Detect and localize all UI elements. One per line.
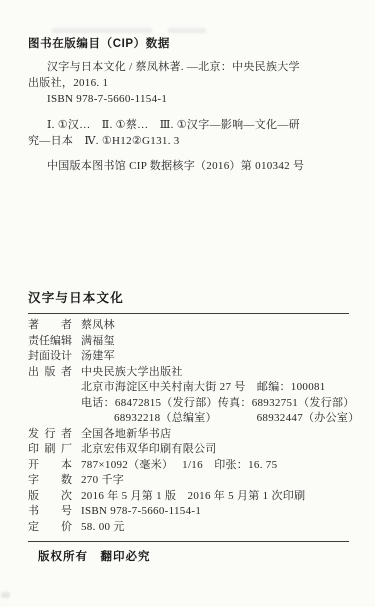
cip-classification-line1: Ⅰ. ①汉… Ⅱ. ①蔡… Ⅲ. ①汉字—影响—文化—研 bbox=[28, 117, 351, 133]
row-label: 印刷厂 bbox=[28, 442, 72, 458]
copyright-notice: 版权所有 翻印必究 bbox=[28, 542, 349, 564]
cip-isbn: ISBN 978-7-5660-1154-1 bbox=[28, 91, 351, 107]
colophon-row-word-count: 字数 270 千字 bbox=[28, 473, 349, 489]
publisher-phone-line2: 68932218（总编室） 68932447（办公室） bbox=[81, 411, 360, 427]
colophon-row-edition: 版次 2016 年 5 月第 1 版 2016 年 5 月第 1 次印刷 bbox=[28, 489, 349, 505]
book-copyright-page: 图书在版编目（CIP）数据 汉字与日本文化 / 蔡凤林著. —北京：中央民族大学… bbox=[0, 0, 375, 607]
scan-artifact bbox=[168, 28, 206, 33]
colophon-section: 汉字与日本文化 著者 蔡凤林 责任编辑 满福玺 封面设计 汤建军 出版者 中央民… bbox=[28, 288, 349, 564]
cip-classification-line2: 究—日本 Ⅳ. ①H12②G131. 3 bbox=[28, 133, 351, 149]
cip-title-line2: 出版社，2016. 1 bbox=[28, 75, 351, 91]
row-value: 蔡凤林 bbox=[81, 318, 349, 334]
colophon-row-printer: 印刷厂 北京宏伟双华印刷有限公司 bbox=[28, 442, 349, 458]
colophon-rows: 著者 蔡凤林 责任编辑 满福玺 封面设计 汤建军 出版者 中央民族大学出版社 北… bbox=[28, 318, 349, 535]
colophon-row-editor: 责任编辑 满福玺 bbox=[28, 334, 349, 350]
row-label: 著者 bbox=[28, 318, 72, 334]
row-label: 发行者 bbox=[28, 427, 72, 443]
colophon-row-isbn: 书号 ISBN 978-7-5660-1154-1 bbox=[28, 504, 349, 520]
row-value: 787×1092（毫米） 1/16 印张：16. 75 bbox=[81, 458, 349, 474]
row-label: 责任编辑 bbox=[28, 334, 72, 350]
cip-heading: 图书在版编目（CIP）数据 bbox=[28, 36, 351, 52]
colophon-row-distributor: 发行者 全国各地新华书店 bbox=[28, 427, 349, 443]
row-label: 开本 bbox=[28, 458, 72, 474]
colophon-row-format: 开本 787×1092（毫米） 1/16 印张：16. 75 bbox=[28, 458, 349, 474]
book-title: 汉字与日本文化 bbox=[28, 288, 349, 314]
colophon-row-cover-design: 封面设计 汤建军 bbox=[28, 349, 349, 365]
row-value: 2016 年 5 月第 1 版 2016 年 5 月第 1 次印刷 bbox=[81, 489, 349, 505]
scan-artifact bbox=[52, 28, 152, 33]
scan-artifact bbox=[1, 592, 10, 598]
publisher-address: 北京市海淀区中关村南大街 27 号 邮编：100081 bbox=[81, 380, 360, 396]
row-label: 字数 bbox=[28, 473, 72, 489]
row-label: 出版者 bbox=[28, 365, 72, 427]
row-value: 270 千字 bbox=[81, 473, 349, 489]
row-value: ISBN 978-7-5660-1154-1 bbox=[81, 504, 349, 520]
row-label: 版次 bbox=[28, 489, 72, 505]
row-value: 58. 00 元 bbox=[81, 520, 349, 536]
row-value: 中央民族大学出版社 北京市海淀区中关村南大街 27 号 邮编：100081 电话… bbox=[81, 365, 360, 427]
row-value: 北京宏伟双华印刷有限公司 bbox=[81, 442, 349, 458]
cip-record-number: 中国版本图书馆 CIP 数据核字（2016）第 010342 号 bbox=[28, 158, 351, 174]
colophon-row-author: 著者 蔡凤林 bbox=[28, 318, 349, 334]
row-label: 定价 bbox=[28, 520, 72, 536]
row-value: 全国各地新华书店 bbox=[81, 427, 349, 443]
cip-section: 图书在版编目（CIP）数据 汉字与日本文化 / 蔡凤林著. —北京：中央民族大学… bbox=[28, 36, 351, 174]
cip-title-line1: 汉字与日本文化 / 蔡凤林著. —北京：中央民族大学 bbox=[28, 59, 351, 75]
publisher-name: 中央民族大学出版社 bbox=[81, 365, 360, 381]
row-label: 书号 bbox=[28, 504, 72, 520]
publisher-phone-line1: 电话：68472815（发行部）传真：68932751（发行部） bbox=[81, 396, 360, 412]
row-value: 汤建军 bbox=[81, 349, 349, 365]
colophon-row-publisher: 出版者 中央民族大学出版社 北京市海淀区中关村南大街 27 号 邮编：10008… bbox=[28, 365, 349, 427]
colophon-row-price: 定价 58. 00 元 bbox=[28, 520, 349, 536]
row-value: 满福玺 bbox=[81, 334, 349, 350]
row-label: 封面设计 bbox=[28, 349, 72, 365]
